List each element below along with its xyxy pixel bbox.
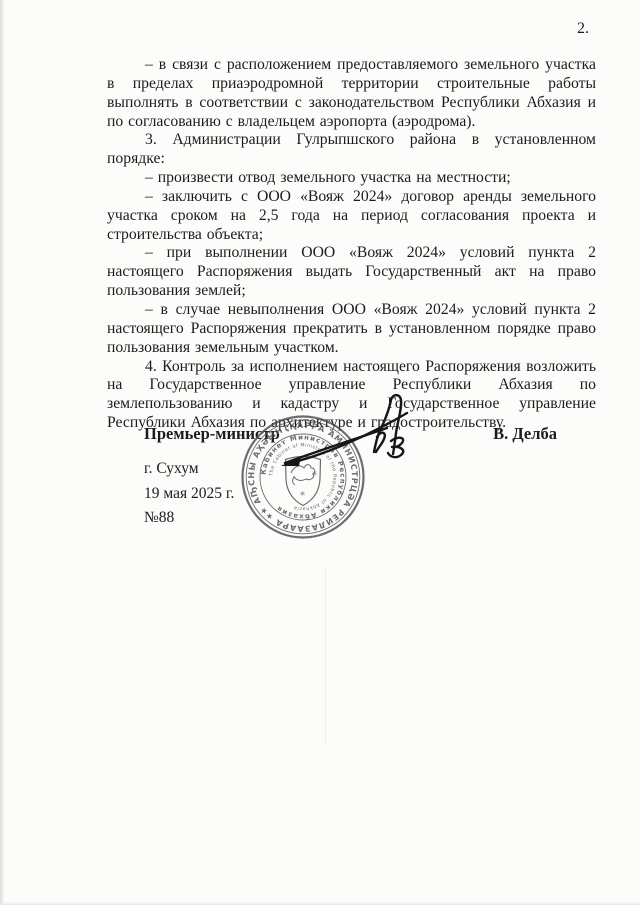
- document-number: №88: [144, 506, 234, 531]
- decree-paragraph: – заключить с ООО «Вояж 2024» договор ар…: [107, 188, 596, 245]
- page-number: 2.: [577, 20, 589, 38]
- decree-paragraph: – при выполнении ООО «Вояж 2024» условий…: [107, 244, 596, 301]
- decree-paragraph: – произвести отвод земельного участка на…: [107, 169, 596, 188]
- scan-artifact-left-edge: [0, 0, 4, 905]
- emblem-star-bottom: ✳: [300, 490, 306, 498]
- signature-date: 19 мая 2025 г.: [144, 482, 234, 507]
- decree-paragraph: 3. Администрации Гулрыпшского района в у…: [107, 131, 596, 169]
- scan-artifact-fold-line: [325, 568, 326, 746]
- handwritten-signature: [255, 388, 420, 480]
- signature-details: г. Сухум 19 мая 2025 г. №88: [144, 457, 234, 531]
- document-page: 2. – в связи с расположением предоставля…: [0, 0, 640, 905]
- decree-paragraph: – в случае невыполнения ООО «Вояж 2024» …: [107, 301, 596, 358]
- decree-body: – в связи с расположением предоставляемо…: [107, 56, 596, 433]
- signature-arrow-tip: [281, 456, 301, 466]
- signer-name: В. Делба: [493, 424, 557, 443]
- signature-city: г. Сухум: [144, 457, 234, 482]
- decree-paragraph: – в связи с расположением предоставляемо…: [107, 56, 596, 131]
